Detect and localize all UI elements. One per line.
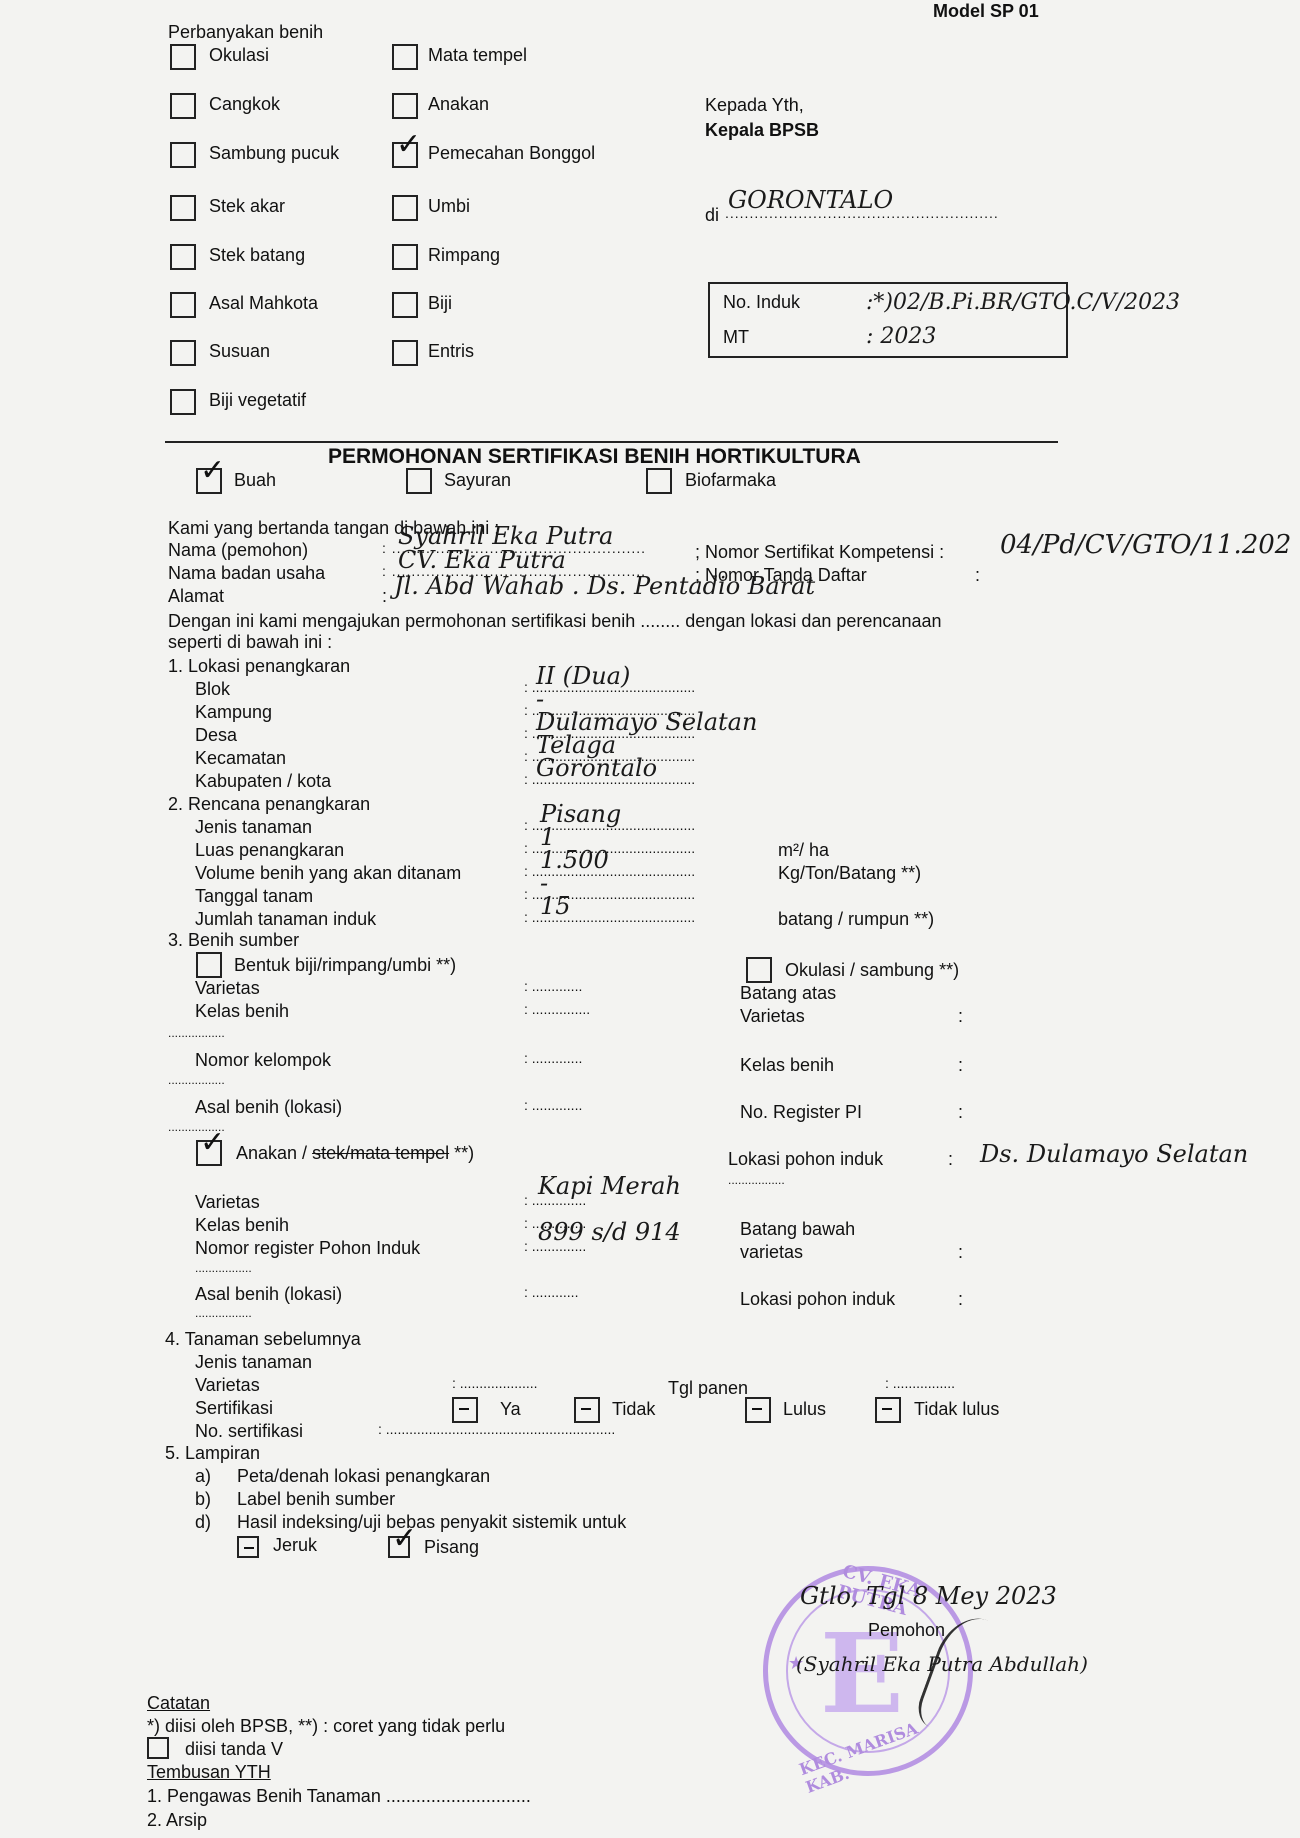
anakan-value-varietas[interactable]: Kapi Merah — [538, 1172, 681, 1200]
checkbox-anakan[interactable] — [392, 93, 418, 119]
okulasi-label-no-register-pi: No. Register PI — [740, 1102, 862, 1123]
badan-label: Nama badan usaha — [168, 563, 325, 584]
anakan-label-kelas-benih: Kelas benih — [195, 1215, 289, 1236]
sertifikasi-label: Sertifikasi — [195, 1398, 273, 1419]
lokasi-pohon-induk-label: Lokasi pohon induk — [728, 1149, 883, 1170]
option-stek-batang: Stek batang — [209, 245, 305, 266]
okulasi-sambung-label: Okulasi / sambung **) — [785, 960, 959, 981]
signature-role: Pemohon — [868, 1620, 945, 1641]
category-checkbox-biofarmaka[interactable] — [646, 468, 672, 494]
rencana-label-tanggal-tanam: Tanggal tanam — [195, 886, 313, 907]
anakan-value-asal-benih-lokasi: : ............ — [524, 1284, 578, 1300]
dots-filler: ................. — [195, 1261, 252, 1275]
sertifikasi-checkbox-ya[interactable] — [452, 1397, 478, 1423]
lampiran-item-peta-denah-lokasi-penang: Peta/denah lokasi penangkaran — [237, 1466, 490, 1487]
option-biji-vegetatif: Biji vegetatif — [209, 390, 306, 411]
okulasi-value-varietas: : — [958, 1006, 963, 1027]
option-mata-tempel: Mata tempel — [428, 45, 527, 66]
batang-bawah-label: Batang bawah — [740, 1219, 855, 1240]
option-umbi: Umbi — [428, 196, 470, 217]
checkbox-asal-mahkota[interactable] — [170, 292, 196, 318]
anakan-value-nomor-register-pohon-induk[interactable]: 899 s/d 914 — [538, 1218, 681, 1246]
sertifikasi-option-tidak-lulus: Tidak lulus — [914, 1399, 999, 1420]
dash-mark-icon — [244, 1547, 254, 1549]
bentuk-label-asal-benih-lokasi: Asal benih (lokasi) — [195, 1097, 342, 1118]
sertifikasi-checkbox-tidak-lulus[interactable] — [875, 1397, 901, 1423]
category-checkbox-sayuran[interactable] — [406, 468, 432, 494]
jenis-tanaman-label: Jenis tanaman — [195, 1352, 312, 1373]
cc-title: Tembusan YTH — [147, 1762, 271, 1783]
option-asal-mahkota: Asal Mahkota — [209, 293, 318, 314]
option-okulasi: Okulasi — [209, 45, 269, 66]
lokasi-value-kabupaten-kota[interactable]: Gorontalo — [536, 754, 657, 782]
alamat-colon: : — [382, 586, 387, 607]
category-buah: Buah — [234, 470, 276, 491]
colon: : — [958, 1289, 963, 1310]
anakan-label: Anakan / stek/mata tempel **) — [236, 1143, 474, 1164]
no-sertifikasi-value: : ......................................… — [378, 1421, 615, 1437]
checkmark-icon: ✓ — [200, 456, 225, 486]
dash-mark-icon — [752, 1408, 762, 1410]
checkbox-okulasi[interactable] — [170, 44, 196, 70]
okulasi-label-varietas: Varietas — [740, 1006, 805, 1027]
option-anakan: Anakan — [428, 94, 489, 115]
option-cangkok: Cangkok — [209, 94, 280, 115]
badan-value[interactable]: CV. Eka Putra — [398, 546, 566, 574]
sert-label: ; Nomor Sertifikat Kompetensi : — [695, 542, 944, 563]
form-title: PERMOHONAN SERTIFIKASI BENIH HORTIKULTUR… — [328, 445, 861, 469]
addressee-line2: Kepala BPSB — [705, 120, 819, 141]
alamat-label: Alamat — [168, 586, 224, 607]
tgl-panen-value: : ................ — [885, 1375, 955, 1391]
rencana-value-jumlah-tanaman-induk[interactable]: 15 — [540, 892, 571, 920]
section-5-title: 5. Lampiran — [165, 1443, 260, 1464]
category-biofarmaka: Biofarmaka — [685, 470, 776, 491]
okulasi-label-batang-atas: Batang atas — [740, 983, 836, 1004]
checkmark-icon: ✓ — [396, 130, 421, 160]
nama-label: Nama (pemohon) — [168, 540, 308, 561]
section-1-title: 1. Lokasi penangkaran — [168, 656, 350, 677]
checkmark-icon: ✓ — [392, 1524, 417, 1554]
checkbox-entris[interactable] — [392, 340, 418, 366]
sertifikasi-option-ya: Ya — [500, 1399, 521, 1420]
varietas-label: Varietas — [195, 1375, 260, 1396]
rencana-label-jenis-tanaman: Jenis tanaman — [195, 817, 312, 838]
addressee-di-label: di — [705, 205, 719, 226]
notes-title: Catatan — [147, 1693, 210, 1714]
sertifikasi-option-tidak: Tidak — [612, 1399, 655, 1420]
lampiran-marker: d) — [195, 1512, 211, 1533]
propagation-title: Perbanyakan benih — [168, 22, 323, 43]
sert-value[interactable]: 04/Pd/CV/GTO/11.202 — [1000, 530, 1291, 560]
bentuk-biji-label: Bentuk biji/rimpang/umbi **) — [234, 955, 456, 976]
anakan-label-varietas: Varietas — [195, 1192, 260, 1213]
mt-label: MT — [723, 327, 749, 348]
request-line2: seperti di bawah ini : — [168, 632, 332, 653]
section-3-title: 3. Benih sumber — [168, 930, 299, 951]
checkbox-sambung-pucuk[interactable] — [170, 142, 196, 168]
sertifikasi-option-lulus: Lulus — [783, 1399, 826, 1420]
option-stek-akar: Stek akar — [209, 196, 285, 217]
checkbox-mata-tempel[interactable] — [392, 44, 418, 70]
notes-line1: *) diisi oleh BPSB, **) : coret yang tid… — [147, 1716, 505, 1737]
bentuk-value-asal-benih-lokasi: : ............. — [524, 1097, 582, 1113]
rencana-value-volume-benih-yang-akan-ditanam[interactable]: 1.500 — [540, 846, 609, 874]
rencana-unit-luas-penangkaran: m²/ ha — [778, 840, 829, 861]
lokasi-pohon-induk-value[interactable]: Ds. Dulamayo Selatan — [980, 1140, 1248, 1168]
lampiran-item-label-benih-sumber: Label benih sumber — [237, 1489, 395, 1510]
lokasi-label-desa: Desa — [195, 725, 237, 746]
checkbox-biji[interactable] — [392, 292, 418, 318]
bentuk-value-nomor-kelompok: : ............. — [524, 1050, 582, 1066]
no-induk-label: No. Induk — [723, 292, 800, 313]
checkbox-susuan[interactable] — [170, 340, 196, 366]
checkbox-pemecahan-bonggol[interactable]: ✓ — [392, 142, 418, 168]
addressee-di-value[interactable]: GORONTALO — [728, 186, 893, 214]
okulasi-value-kelas-benih: : — [958, 1055, 963, 1076]
checkbox-stek-akar[interactable] — [170, 195, 196, 221]
bentuk-label-varietas: Varietas — [195, 978, 260, 999]
alamat-value[interactable]: Jl. Abd Wahab . Ds. Pentadio Barat — [394, 572, 815, 600]
option-pemecahan-bonggol: Pemecahan Bonggol — [428, 143, 595, 164]
lampiran-item-hasil-indeksing-uji-beba: Hasil indeksing/uji bebas penyakit siste… — [237, 1512, 626, 1533]
lokasi-label-blok: Blok — [195, 679, 230, 700]
checkbox-bentuk-biji[interactable] — [196, 952, 222, 978]
rencana-label-luas-penangkaran: Luas penangkaran — [195, 840, 344, 861]
okulasi-value-no-register-pi: : — [958, 1102, 963, 1123]
option-jeruk: Jeruk — [273, 1535, 317, 1556]
option-biji: Biji — [428, 293, 452, 314]
checkbox-cangkok[interactable] — [170, 93, 196, 119]
sertifikasi-checkbox-lulus[interactable] — [745, 1397, 771, 1423]
lokasi-pohon-induk-label-2: Lokasi pohon induk — [740, 1289, 895, 1310]
checkbox-pisang[interactable]: ✓ — [388, 1536, 410, 1558]
option-pisang: Pisang — [424, 1537, 479, 1558]
request-line1: Dengan ini kami mengajukan permohonan se… — [168, 611, 942, 632]
rencana-label-volume-benih-yang-akan-ditanam: Volume benih yang akan ditanam — [195, 863, 461, 884]
lokasi-label-kabupaten-kota: Kabupaten / kota — [195, 771, 331, 792]
batang-bawah-varietas-label: varietas — [740, 1242, 803, 1263]
checkbox-okulasi-sambung[interactable] — [746, 957, 772, 983]
divider — [165, 441, 1058, 443]
bentuk-label-nomor-kelompok: Nomor kelompok — [195, 1050, 331, 1071]
notes-checkbox-sample — [147, 1737, 169, 1759]
checkbox-rimpang[interactable] — [392, 244, 418, 270]
lokasi-label-kecamatan: Kecamatan — [195, 748, 286, 769]
dots-filler: ................. — [168, 1026, 225, 1040]
category-checkbox-buah[interactable]: ✓ — [196, 468, 222, 494]
dots-filler: ................. — [168, 1073, 225, 1087]
colon: : — [958, 1242, 963, 1263]
no-induk-value[interactable]: :*)02/B.Pi.BR/GTO.C/V/2023 — [866, 290, 1180, 315]
checkmark-icon: ✓ — [200, 1128, 225, 1158]
anakan-label-asal-benih-lokasi: Asal benih (lokasi) — [195, 1284, 342, 1305]
lokasi-value-blok[interactable]: II (Dua) — [536, 662, 630, 690]
lampiran-marker: a) — [195, 1466, 211, 1487]
colon: : — [948, 1149, 953, 1170]
dots-filler: ................. — [728, 1173, 785, 1187]
dash-mark-icon — [581, 1408, 591, 1410]
lampiran-marker: b) — [195, 1489, 211, 1510]
addressee-line1: Kepada Yth, — [705, 95, 804, 116]
category-sayuran: Sayuran — [444, 470, 511, 491]
model-label: Model SP 01 — [933, 1, 1039, 22]
section-4-title: 4. Tanaman sebelumnya — [165, 1329, 361, 1350]
notes-line2: diisi tanda V — [185, 1739, 283, 1760]
section-2-title: 2. Rencana penangkaran — [168, 794, 370, 815]
dash-mark-icon — [882, 1408, 892, 1410]
rencana-unit-volume-benih-yang-akan-ditanam: Kg/Ton/Batang **) — [778, 863, 921, 884]
checkbox-umbi[interactable] — [392, 195, 418, 221]
option-rimpang: Rimpang — [428, 245, 500, 266]
cc-item-1: 1. Pengawas Benih Tanaman ..............… — [147, 1786, 531, 1807]
bentuk-label-kelas-benih: Kelas benih — [195, 1001, 289, 1022]
rencana-label-jumlah-tanaman-induk: Jumlah tanaman induk — [195, 909, 376, 930]
option-entris: Entris — [428, 341, 474, 362]
lokasi-label-kampung: Kampung — [195, 702, 272, 723]
bentuk-value-kelas-benih: : ............... — [524, 1001, 590, 1017]
option-susuan: Susuan — [209, 341, 270, 362]
signature-place-date[interactable]: Gtlo, Tgl 8 Mey 2023 — [800, 1582, 1057, 1610]
tgl-panen-label: Tgl panen — [668, 1378, 748, 1399]
anakan-label-nomor-register-pohon-induk: Nomor register Pohon Induk — [195, 1238, 420, 1259]
tanda-value[interactable]: : — [975, 565, 980, 586]
okulasi-label-kelas-benih: Kelas benih — [740, 1055, 834, 1076]
dash-mark-icon — [459, 1408, 469, 1410]
mt-value[interactable]: : 2023 — [866, 324, 936, 349]
cc-item-2: 2. Arsip — [147, 1810, 207, 1831]
no-sertifikasi-label: No. sertifikasi — [195, 1421, 303, 1442]
sertifikasi-checkbox-tidak[interactable] — [574, 1397, 600, 1423]
bentuk-value-varietas: : ............. — [524, 978, 582, 994]
checkbox-stek-batang[interactable] — [170, 244, 196, 270]
rencana-unit-jumlah-tanaman-induk: batang / rumpun **) — [778, 909, 934, 930]
checkbox-anakan[interactable]: ✓ — [196, 1140, 222, 1166]
dots-filler: ................. — [195, 1306, 252, 1320]
checkbox-biji-vegetatif[interactable] — [170, 389, 196, 415]
checkbox-jeruk[interactable] — [237, 1536, 259, 1558]
varietas-value: : .................... — [452, 1375, 538, 1391]
option-sambung-pucuk: Sambung pucuk — [209, 143, 339, 164]
